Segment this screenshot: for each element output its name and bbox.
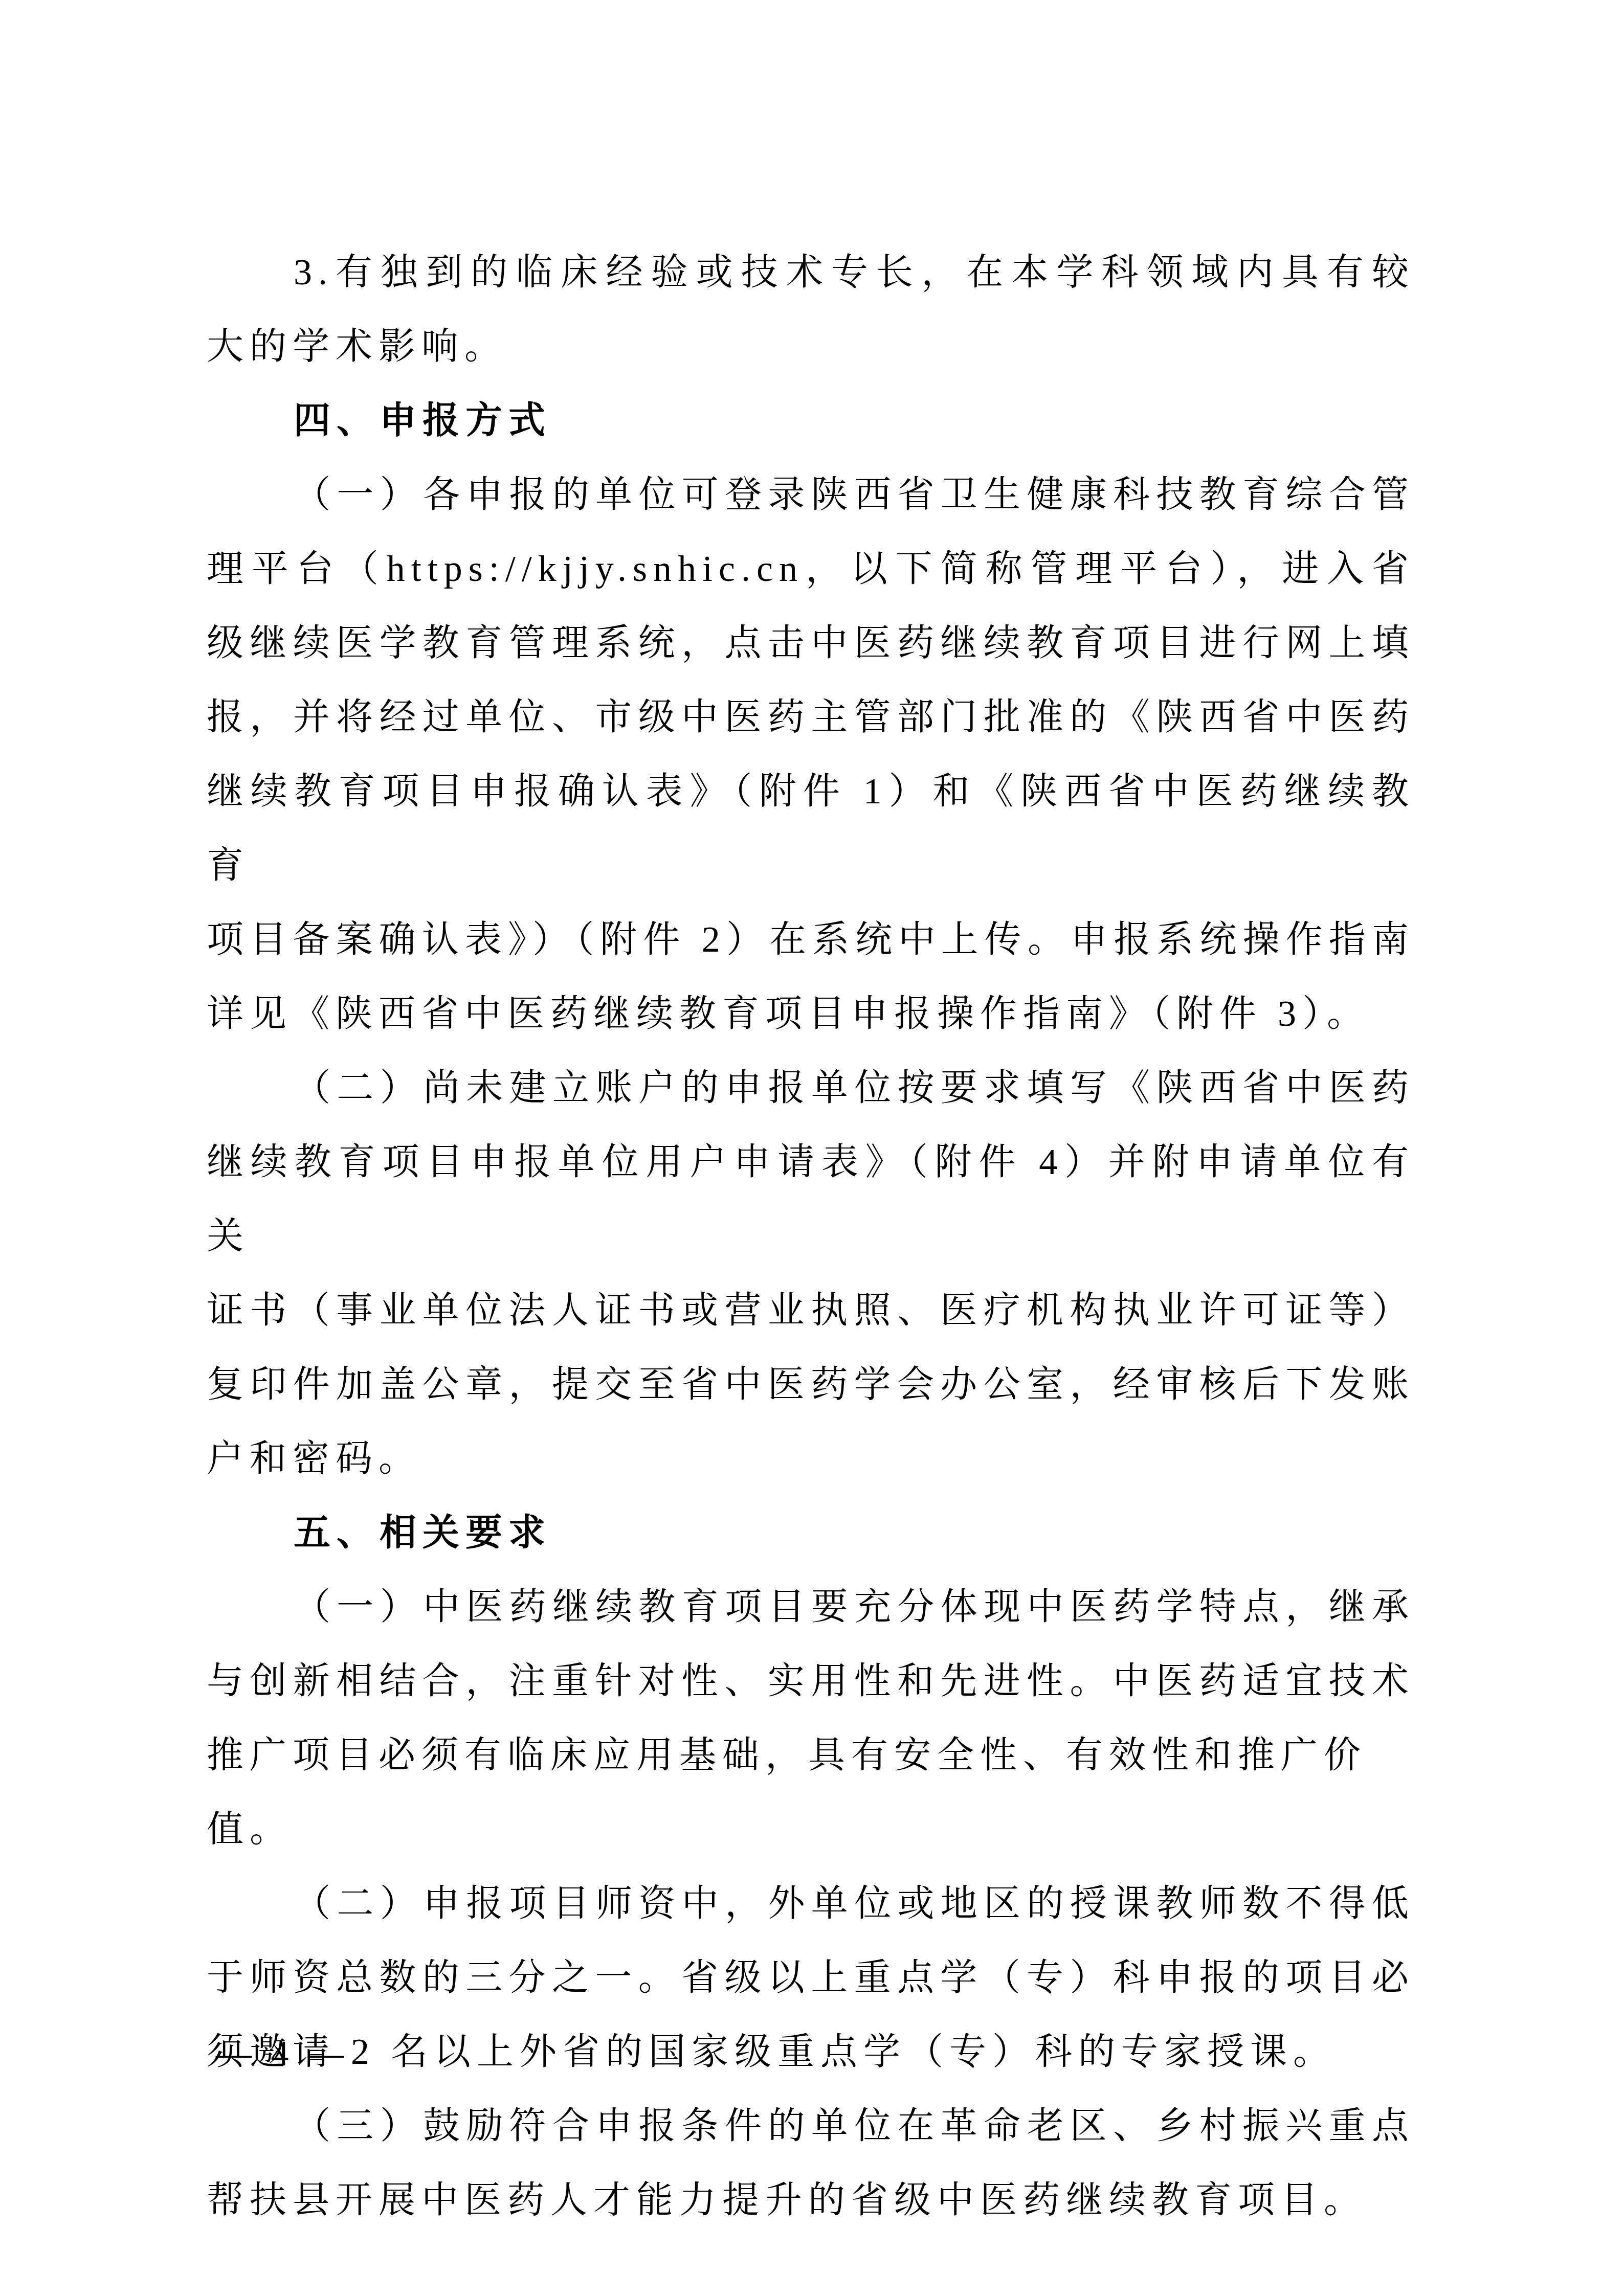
- paragraph: 3.有独到的临床经验或技术专长，在本学科领域内具有较大的学术影响。: [207, 235, 1415, 384]
- text-line: 3.有独到的临床经验或技术专长，在本学科领域内具有较: [207, 235, 1415, 309]
- text-line: 证书（事业单位法人证书或营业执照、医疗机构执业许可证等）: [207, 1273, 1415, 1347]
- text-line: （一）各申报的单位可登录陕西省卫生健康科技教育综合管: [207, 458, 1415, 532]
- text-line: （二）申报项目师资中，外单位或地区的授课教师数不得低: [207, 1866, 1415, 1941]
- paragraph: （一）中医药继续教育项目要充分体现中医药学特点，继承与创新相结合，注重针对性、实…: [207, 1570, 1415, 1866]
- text-line: 继续教育项目申报单位用户申请表》（附件 4）并附申请单位有关: [207, 1125, 1415, 1273]
- text-line: （二）尚未建立账户的申报单位按要求填写《陕西省中医药: [207, 1051, 1415, 1125]
- text-line: 级继续医学教育管理系统，点击中医药继续教育项目进行网上填: [207, 606, 1415, 680]
- text-line: 与创新相结合，注重针对性、实用性和先进性。中医药适宜技术: [207, 1644, 1415, 1718]
- paragraph: （二）申报项目师资中，外单位或地区的授课教师数不得低于师资总数的三分之一。省级以…: [207, 1866, 1415, 2089]
- text-line: 帮扶县开展中医药人才能力提升的省级中医药继续教育项目。: [207, 2163, 1415, 2237]
- text-line: 四、申报方式: [207, 384, 1415, 458]
- text-line: （一）中医药继续教育项目要充分体现中医药学特点，继承: [207, 1570, 1415, 1644]
- paragraph: （三）鼓励符合申报条件的单位在革命老区、乡村振兴重点帮扶县开展中医药人才能力提升…: [207, 2089, 1415, 2237]
- text-line: 户和密码。: [207, 1422, 1415, 1496]
- text-line: 推广项目必须有临床应用基础，具有安全性、有效性和推广价值。: [207, 1718, 1415, 1866]
- text-line: 继续教育项目申报确认表》（附件 1）和《陕西省中医药继续教育: [207, 754, 1415, 903]
- text-line: （三）鼓励符合申报条件的单位在革命老区、乡村振兴重点: [207, 2089, 1415, 2163]
- text-line: 理平台（https://kjjy.snhic.cn，以下简称管理平台），进入省: [207, 532, 1415, 606]
- paragraph: （一）各申报的单位可登录陕西省卫生健康科技教育综合管理平台（https://kj…: [207, 458, 1415, 1051]
- document-page: 3.有独到的临床经验或技术专长，在本学科领域内具有较大的学术影响。四、申报方式（…: [0, 0, 1624, 2296]
- text-line: 详见《陕西省中医药继续教育项目申报操作指南》（附件 3）。: [207, 977, 1415, 1051]
- text-line: 报，并将经过单位、市级中医药主管部门批准的《陕西省中医药: [207, 680, 1415, 754]
- page-number: — 4 —: [216, 2031, 349, 2077]
- paragraph: （二）尚未建立账户的申报单位按要求填写《陕西省中医药继续教育项目申报单位用户申请…: [207, 1051, 1415, 1496]
- text-line: 于师资总数的三分之一。省级以上重点学（专）科申报的项目必: [207, 1941, 1415, 2015]
- text-line: 复印件加盖公章，提交至省中医药学会办公室，经审核后下发账: [207, 1347, 1415, 1422]
- section-heading: 四、申报方式: [207, 384, 1415, 458]
- document-body: 3.有独到的临床经验或技术专长，在本学科领域内具有较大的学术影响。四、申报方式（…: [207, 235, 1415, 2237]
- text-line: 大的学术影响。: [207, 309, 1415, 384]
- text-line: 五、相关要求: [207, 1496, 1415, 1570]
- text-line: 须邀请 2 名以上外省的国家级重点学（专）科的专家授课。: [207, 2015, 1415, 2089]
- section-heading: 五、相关要求: [207, 1496, 1415, 1570]
- text-line: 项目备案确认表》）（附件 2）在系统中上传。申报系统操作指南: [207, 903, 1415, 977]
